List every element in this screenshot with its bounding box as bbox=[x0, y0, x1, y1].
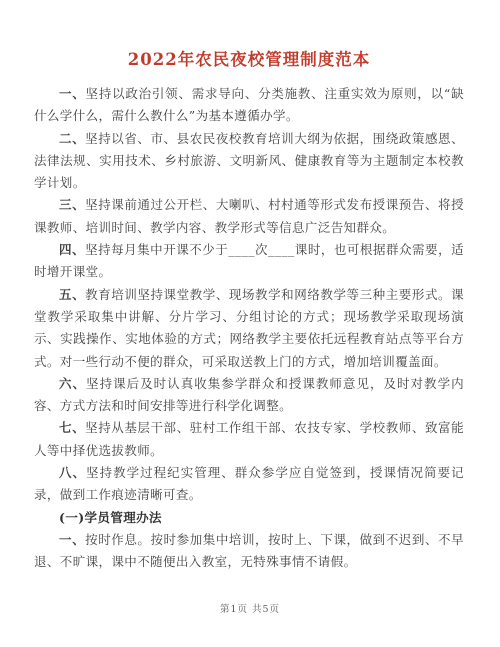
paragraph-4: 四、坚持每月集中开课不少于____次____课时，也可根据群众需要，适时增开课堂… bbox=[34, 239, 464, 284]
document-page: 2022年农民夜校管理制度范本 一、坚持以政治引领、需求导向、分类施教、注重实效… bbox=[0, 0, 500, 647]
paragraph-5: 五、教育培训坚持课堂教学、现场教学和网络教学等三种主要形式。课堂教学采取集中讲解… bbox=[34, 284, 464, 373]
paragraph-8-text: 坚持教学过程纪实管理、群众参学应自觉签到，授课情况简要记录，做到工作痕迹清晰可查… bbox=[34, 465, 464, 502]
paragraph-5-text: 教育培训坚持课堂教学、现场教学和网络教学等三种主要形式。课堂教学采取集中讲解、分… bbox=[34, 287, 464, 369]
paragraph-2-text: 坚持以省、市、县农民夜校教育培训大纲为依据，围绕政策感恩、法律法规、实用技术、乡… bbox=[34, 131, 464, 191]
paragraph-4-text: 坚持每月集中开课不少于____次____课时，也可根据群众需要，适时增开课堂。 bbox=[34, 242, 464, 279]
paragraph-7: 七、坚持从基层干部、驻村工作组干部、农技专家、学校教师、致富能人等中择优选拔教师… bbox=[34, 417, 464, 462]
paragraph-3-ordinal: 三、 bbox=[59, 197, 85, 212]
paragraph-1-text: 坚持以政治引领、需求导向、分类施教、注重实效为原则，以“缺什么学什么，需什么教什… bbox=[34, 86, 464, 123]
document-title: 2022年农民夜校管理制度范本 bbox=[34, 48, 464, 72]
paragraph-1: 一、坚持以政治引领、需求导向、分类施教、注重实效为原则，以“缺什么学什么，需什么… bbox=[34, 83, 464, 128]
page-number-indicator: 第1页 共5页 bbox=[0, 601, 500, 615]
paragraph-5-ordinal: 五、 bbox=[59, 287, 85, 302]
paragraph-6: 六、坚持课后及时认真收集参学群众和授课教师意见，及时对教学内容、方式方法和时间安… bbox=[34, 373, 464, 418]
paragraph-3: 三、坚持课前通过公开栏、大喇叭、村村通等形式发布授课预告、将授课教师、培训时间、… bbox=[34, 194, 464, 239]
paragraph-2: 二、坚持以省、市、县农民夜校教育培训大纲为依据，围绕政策感恩、法律法规、实用技术… bbox=[34, 128, 464, 195]
section-paragraph-1-text: 按时作息。按时参加集中培训，按时上、下课，做到不迟到、不早退、不旷课，课中不随便… bbox=[34, 532, 464, 569]
paragraph-2-ordinal: 二、 bbox=[59, 131, 85, 146]
paragraph-8: 八、坚持教学过程纪实管理、群众参学应自觉签到，授课情况简要记录，做到工作痕迹清晰… bbox=[34, 462, 464, 507]
paragraph-7-text: 坚持从基层干部、驻村工作组干部、农技专家、学校教师、致富能人等中择优选拔教师。 bbox=[34, 420, 464, 457]
paragraph-6-ordinal: 六、 bbox=[59, 376, 86, 391]
section-paragraph-1: 一、按时作息。按时参加集中培训，按时上、下课，做到不迟到、不早退、不旷课，课中不… bbox=[34, 529, 464, 574]
paragraph-7-ordinal: 七、 bbox=[59, 420, 85, 435]
paragraph-3-text: 坚持课前通过公开栏、大喇叭、村村通等形式发布授课预告、将授课教师、培训时间、教学… bbox=[34, 197, 464, 234]
paragraph-1-ordinal: 一、 bbox=[59, 86, 86, 101]
section-paragraph-1-ordinal: 一、 bbox=[59, 532, 85, 547]
section-heading-student-management: (一)学员管理办法 bbox=[34, 507, 464, 529]
paragraph-8-ordinal: 八、 bbox=[59, 465, 86, 480]
paragraph-4-ordinal: 四、 bbox=[59, 242, 85, 257]
document-body: 一、坚持以政治引领、需求导向、分类施教、注重实效为原则，以“缺什么学什么，需什么… bbox=[34, 83, 464, 574]
paragraph-6-text: 坚持课后及时认真收集参学群众和授课教师意见，及时对教学内容、方式方法和时间安排等… bbox=[34, 376, 464, 413]
